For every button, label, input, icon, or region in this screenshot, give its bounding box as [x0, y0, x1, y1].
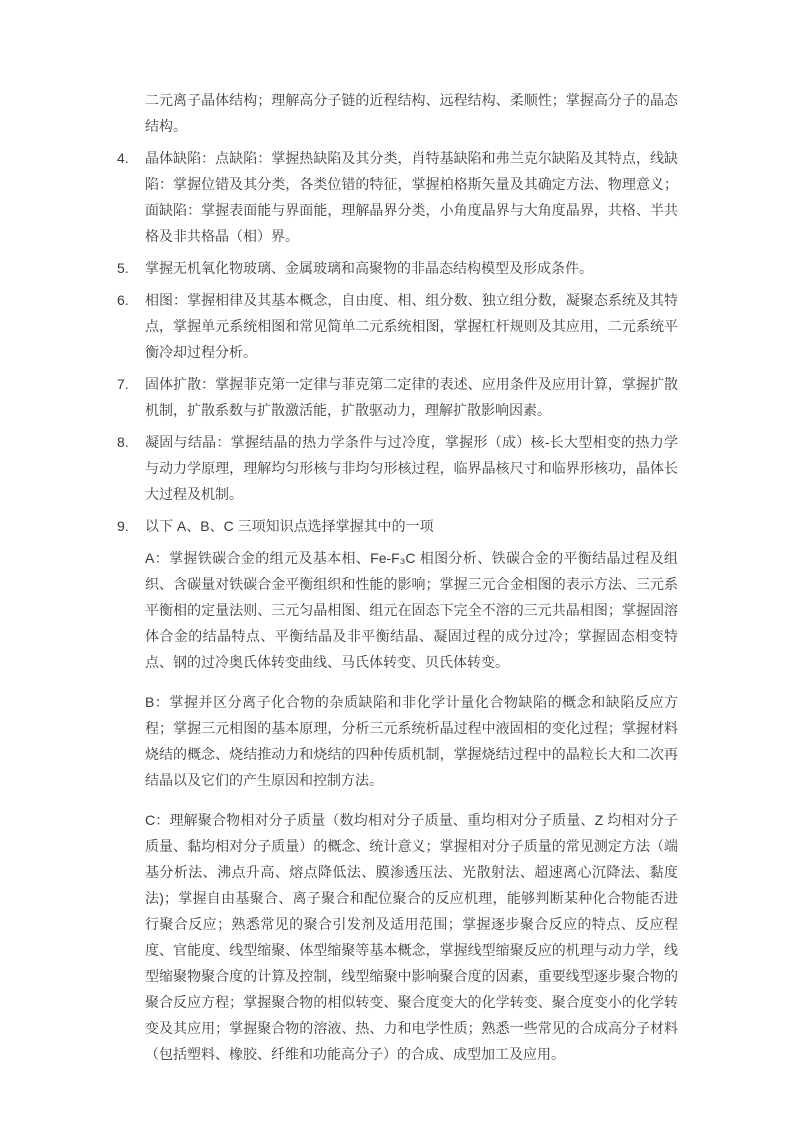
item-number: 7.: [117, 371, 145, 397]
item-text: 晶体缺陷：点缺陷：掌握热缺陷及其分类，肖特基缺陷和弗兰克尔缺陷及其特点，线缺陷：…: [145, 145, 678, 249]
list-item-5: 5. 掌握无机氧化物玻璃、金属玻璃和高聚物的非晶态结构模型及形成条件。: [0, 255, 793, 281]
list-item-4: 4. 晶体缺陷：点缺陷：掌握热缺陷及其分类，肖特基缺陷和弗兰克尔缺陷及其特点，线…: [0, 145, 793, 249]
continuation-paragraph: 二元离子晶体结构；理解高分子链的近程结构、远程结构、柔顺性；掌握高分子的晶态结构…: [145, 87, 678, 139]
item-number: 9.: [117, 513, 145, 539]
list-item-9: 9. 以下 A、B、C 三项知识点选择掌握其中的一项 A：掌握铁碳合金的组元及基…: [0, 513, 793, 1081]
item-text: 凝固与结晶：掌握结晶的热力学条件与过冷度，掌握形（成）核-长大型相变的热力学与动…: [145, 429, 678, 507]
list-item-7: 7. 固体扩散：掌握菲克第一定律与菲克第二定律的表述、应用条件及应用计算，掌握扩…: [0, 371, 793, 423]
list-item-6: 6. 相图：掌握相律及其基本概念，自由度、相、组分数、独立组分数，凝聚态系统及其…: [0, 287, 793, 365]
item-text: 固体扩散：掌握菲克第一定律与菲克第二定律的表述、应用条件及应用计算，掌握扩散机制…: [145, 371, 678, 423]
list-item-8: 8. 凝固与结晶：掌握结晶的热力学条件与过冷度，掌握形（成）核-长大型相变的热力…: [0, 429, 793, 507]
option-paragraph-c: C：理解聚合物相对分子质量（数均相对分子质量、重均相对分子质量、Z 均相对分子质…: [145, 807, 678, 1067]
item-number: 6.: [117, 287, 145, 313]
item-number: 4.: [117, 145, 145, 171]
option-paragraph-a: A：掌握铁碳合金的组元及基本相、Fe-F₃C 相图分析、铁碳合金的平衡结晶过程及…: [145, 545, 678, 675]
item-text: 以下 A、B、C 三项知识点选择掌握其中的一项: [145, 513, 678, 539]
document-page: 二元离子晶体结构；理解高分子链的近程结构、远程结构、柔顺性；掌握高分子的晶态结构…: [0, 0, 793, 1122]
item-text: 相图：掌握相律及其基本概念，自由度、相、组分数、独立组分数，凝聚态系统及其特点，…: [145, 287, 678, 365]
item-text: 掌握无机氧化物玻璃、金属玻璃和高聚物的非晶态结构模型及形成条件。: [145, 255, 678, 281]
option-paragraph-b: B：掌握并区分离子化合物的杂质缺陷和非化学计量化合物缺陷的概念和缺陷反应方程；掌…: [145, 689, 678, 793]
item-number: 5.: [117, 255, 145, 281]
item-number: 8.: [117, 429, 145, 455]
